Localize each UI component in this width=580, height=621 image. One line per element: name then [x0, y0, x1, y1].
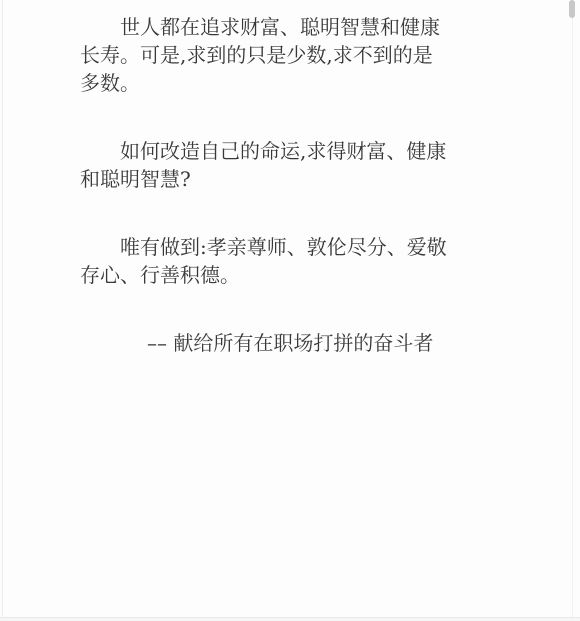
- dedication-line: –– 献给所有在职场打拼的奋斗者: [80, 329, 465, 357]
- scrollbar-thumb[interactable]: [569, 0, 575, 18]
- text-line: 唯有做到:孝亲尊师、敦伦尽分、爱敬: [80, 233, 465, 261]
- text-line: 存心、行善积德。: [80, 261, 465, 289]
- text-line: –– 献给所有在职场打拼的奋斗者: [80, 329, 465, 357]
- text-line: 和聪明智慧?: [80, 165, 465, 193]
- document-text-content: 世人都在追求财富、聪明智慧和健康 长寿。可是,求到的只是少数,求不到的是 多数。…: [80, 0, 465, 397]
- page-bottom-edge: [0, 617, 580, 621]
- text-line: 长寿。可是,求到的只是少数,求不到的是: [80, 41, 465, 69]
- text-line: 世人都在追求财富、聪明智慧和健康: [80, 13, 465, 41]
- text-line: 多数。: [80, 69, 465, 97]
- text-line: 如何改造自己的命运,求得财富、健康: [80, 137, 465, 165]
- scrollbar-track[interactable]: [572, 0, 573, 621]
- page-left-edge: [2, 0, 3, 621]
- paragraph-3: 唯有做到:孝亲尊师、敦伦尽分、爱敬 存心、行善积德。: [80, 233, 465, 289]
- paragraph-1: 世人都在追求财富、聪明智慧和健康 长寿。可是,求到的只是少数,求不到的是 多数。: [80, 13, 465, 97]
- paragraph-2: 如何改造自己的命运,求得财富、健康 和聪明智慧?: [80, 137, 465, 193]
